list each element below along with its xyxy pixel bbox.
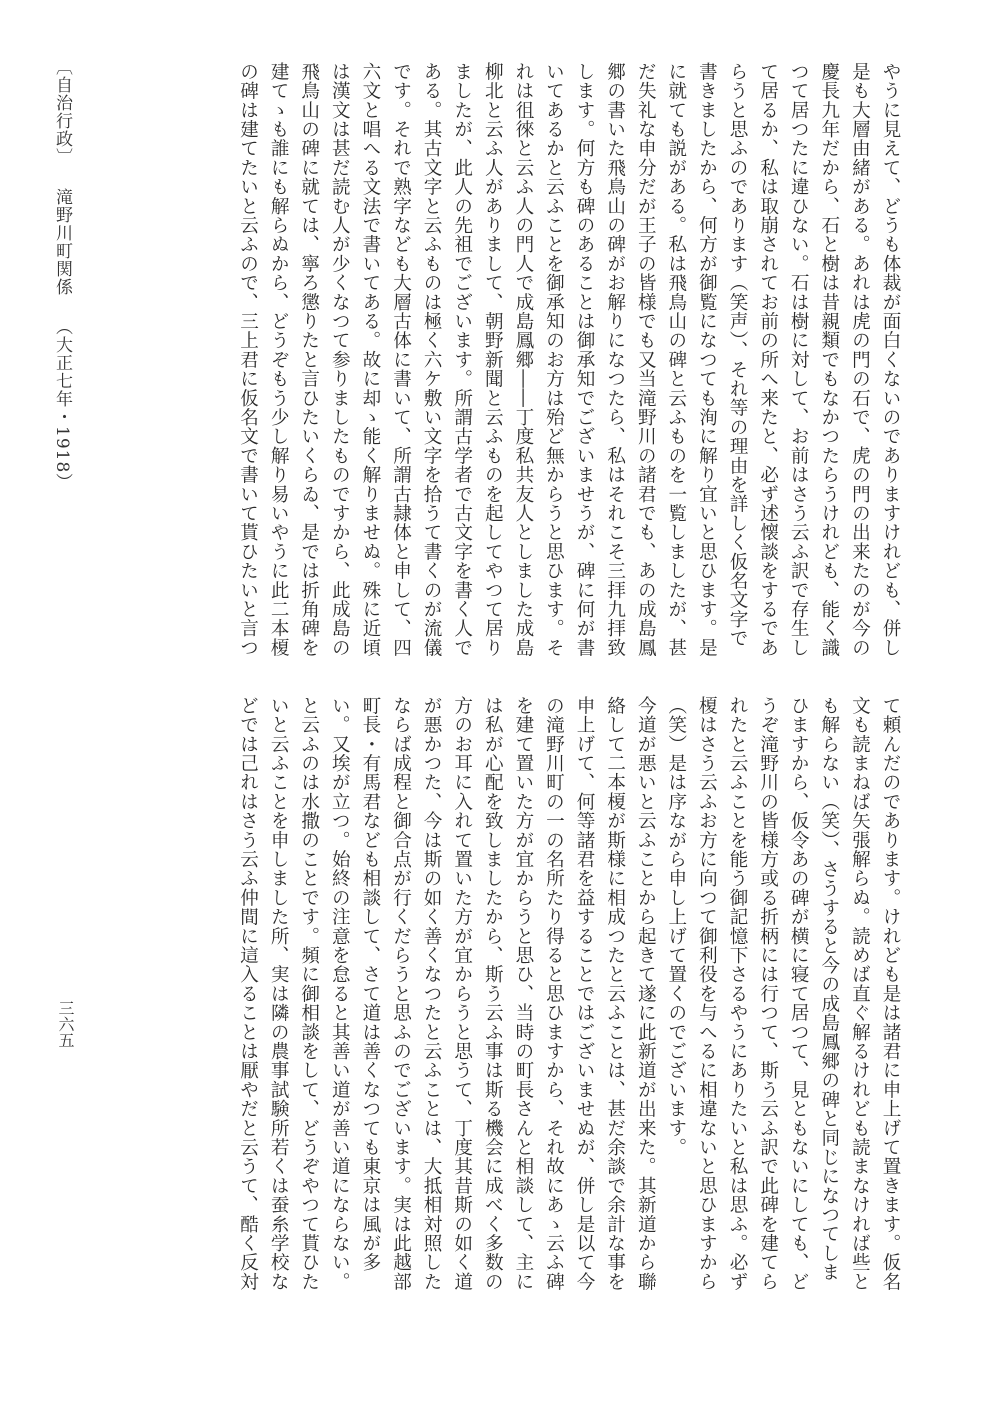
- text-column: ならば成程と御合点が行くだらうと思ふのでございます。実は此越部: [385, 696, 416, 1316]
- text-column: に就ても説がある。私は飛鳥山の碑と云ふものを一覧しましたが、甚: [660, 62, 691, 682]
- lower-text-block: て頼んだのであります。けれども是は諸君に申上げて置きます。仮名 文も読まねば矢張…: [232, 696, 905, 1316]
- text-column: 郷の書いた飛鳥山の碑がお解りになつたら、私はそれこそ三拝九拝致: [599, 62, 630, 682]
- page-number: 三六五: [54, 1000, 77, 1048]
- text-column: 榎はさう云ふお方に向つて御利役を与へるに相違ないと思ひますから: [691, 696, 722, 1316]
- text-column: ある。其古文字と云ふものは極く六ケ敷い文字を拾うて書くのが流儀: [416, 62, 447, 682]
- text-column: （笑）是は序ながら申し上げて置くのでございます。: [660, 696, 691, 1316]
- text-column: て居るか、私は取崩されてお前の所へ来たと、必ず述懐談をするであ: [752, 62, 783, 682]
- text-column: だ失礼な申分だが王子の皆様でも又当滝野川の諸君でも、あの成島鳳: [630, 62, 661, 682]
- text-column: 飛鳥山の碑に就ては、寧ろ懲りたと言ひたいくらゐ、是では折角碑を: [293, 62, 324, 682]
- document-page: やうに見えて、どうも体裁が面白くないのでありますけれども、併し 是も大層由緒があ…: [0, 0, 1003, 1412]
- running-header: 〔自治行政〕滝野川町関係（大正七年・1918）: [50, 58, 75, 491]
- series-label: 〔自治行政〕: [52, 58, 72, 166]
- text-column: つて居つたに違ひない。石は樹に対して、お前はさう云ふ訳で存生し: [783, 62, 814, 682]
- text-column: れは徂徠と云ふ人の門人で成島鳳郷――丁度私共友人としました成島: [507, 62, 538, 682]
- text-column: 是も大層由緒がある。あれは虎の門の石で、虎の門の出来たのが今の: [844, 62, 875, 682]
- text-column: は漢文は甚だ読む人が少くなつて参りましたものですから、此成島の: [324, 62, 355, 682]
- text-column: いと云ふことを申しました所、実は隣の農事試験所若くは蚕糸学校な: [263, 696, 294, 1316]
- text-column: 文も読まねば矢張解らぬ。読めば直ぐ解るけれども読まなければ些と: [844, 696, 875, 1316]
- text-column: 柳北と云ふ人がありまして、朝野新聞と云ふものを起してやつて居り: [477, 62, 508, 682]
- section-title: 滝野川町関係: [52, 188, 72, 296]
- text-column: です。それで熟字なども大層古体に書いて、所謂古隷体と申して、四: [385, 62, 416, 682]
- text-column: を建て置いた方が宜からうと思ひ、当時の町長さんと相談して、主に: [507, 696, 538, 1316]
- text-column: い。又埃が立つ。始終の注意を怠ると其善い道が善い道にならない。: [324, 696, 355, 1316]
- upper-text-block: やうに見えて、どうも体裁が面白くないのでありますけれども、併し 是も大層由緒があ…: [232, 62, 905, 682]
- text-column: どでは己れはさう云ふ仲間に這入ることは厭やだと云うて、酷く反対: [232, 696, 263, 1316]
- text-column: が悪かつた、今は斯の如く善くなつたと云ふことは、大抵相対照した: [416, 696, 447, 1316]
- text-column: 建てゝも誰にも解らぬから、どうぞもう少し解り易いやうに此二本榎: [263, 62, 294, 682]
- text-column: の滝野川町の一の名所たり得ると思ひますから、それ故にあゝ云ふ碑: [538, 696, 569, 1316]
- text-column: と云ふのは水撒のことです。頻に御相談をして、どうぞやつて貰ひた: [293, 696, 324, 1316]
- text-column: らうと思ふのであります（笑声）、それ等の理由を詳しく仮名文字で: [721, 62, 752, 682]
- text-column: れたと云ふことを能う御記憶下さるやうにありたいと私は思ふ。必ず: [721, 696, 752, 1316]
- text-column: ましたが、此人の先祖でございます。所謂古学者で古文字を書く人で: [446, 62, 477, 682]
- text-column: うぞ滝野川の皆様方或る折柄には行つて、斯う云ふ訳で此碑を建てら: [752, 696, 783, 1316]
- text-column: します。何方も碑のあることは御承知でございませうが、碑に何が書: [568, 62, 599, 682]
- text-column: 絡して二本榎が斯様に相成つたと云ふことは、甚だ余談で余計な事を: [599, 696, 630, 1316]
- text-column: 方のお耳に入れて置いた方が宜からうと思うて、丁度其昔斯の如く道: [446, 696, 477, 1316]
- text-column: いてあるかと云ふことを御承知のお方は殆ど無からうと思ひます。そ: [538, 62, 569, 682]
- section-year: （大正七年・1918）: [52, 318, 72, 491]
- text-column: 今道が悪いと云ふことから起きて遂に此新道が出来た。其新道から聯: [630, 696, 661, 1316]
- text-column: 慶長九年だから、石と樹は昔親類でもなかつたらうけれども、能く識: [813, 62, 844, 682]
- text-column: やうに見えて、どうも体裁が面白くないのでありますけれども、併し: [874, 62, 905, 682]
- text-column: て頼んだのであります。けれども是は諸君に申上げて置きます。仮名: [874, 696, 905, 1316]
- text-column: は私が心配を致しましたから、斯う云ふ事は斯る機会に成べく多数の: [477, 696, 508, 1316]
- text-column: ひますから、仮令あの碑が横に寝て居つて、見ともないにしても、ど: [783, 696, 814, 1316]
- text-column: の碑は建てたいと云ふので、三上君に仮名文で書いて貰ひたいと言つ: [232, 62, 263, 682]
- text-column: 申上げて、何等諸君を益することではございませぬが、併し是以て今: [568, 696, 599, 1316]
- text-column: 六文と唱へる文法で書いてある。故に却ゝ能く解りませぬ。殊に近頃: [354, 62, 385, 682]
- text-column: 町長・有馬君なども相談して、さて道は善くなつても東京は風が多: [354, 696, 385, 1316]
- text-column: も解らない（笑）、さうすると今の成島鳳郷の碑と同じになつてしま: [813, 696, 844, 1316]
- text-column: 書きましたから、何方が御覧になつても洵に解り宜いと思ひます。是: [691, 62, 722, 682]
